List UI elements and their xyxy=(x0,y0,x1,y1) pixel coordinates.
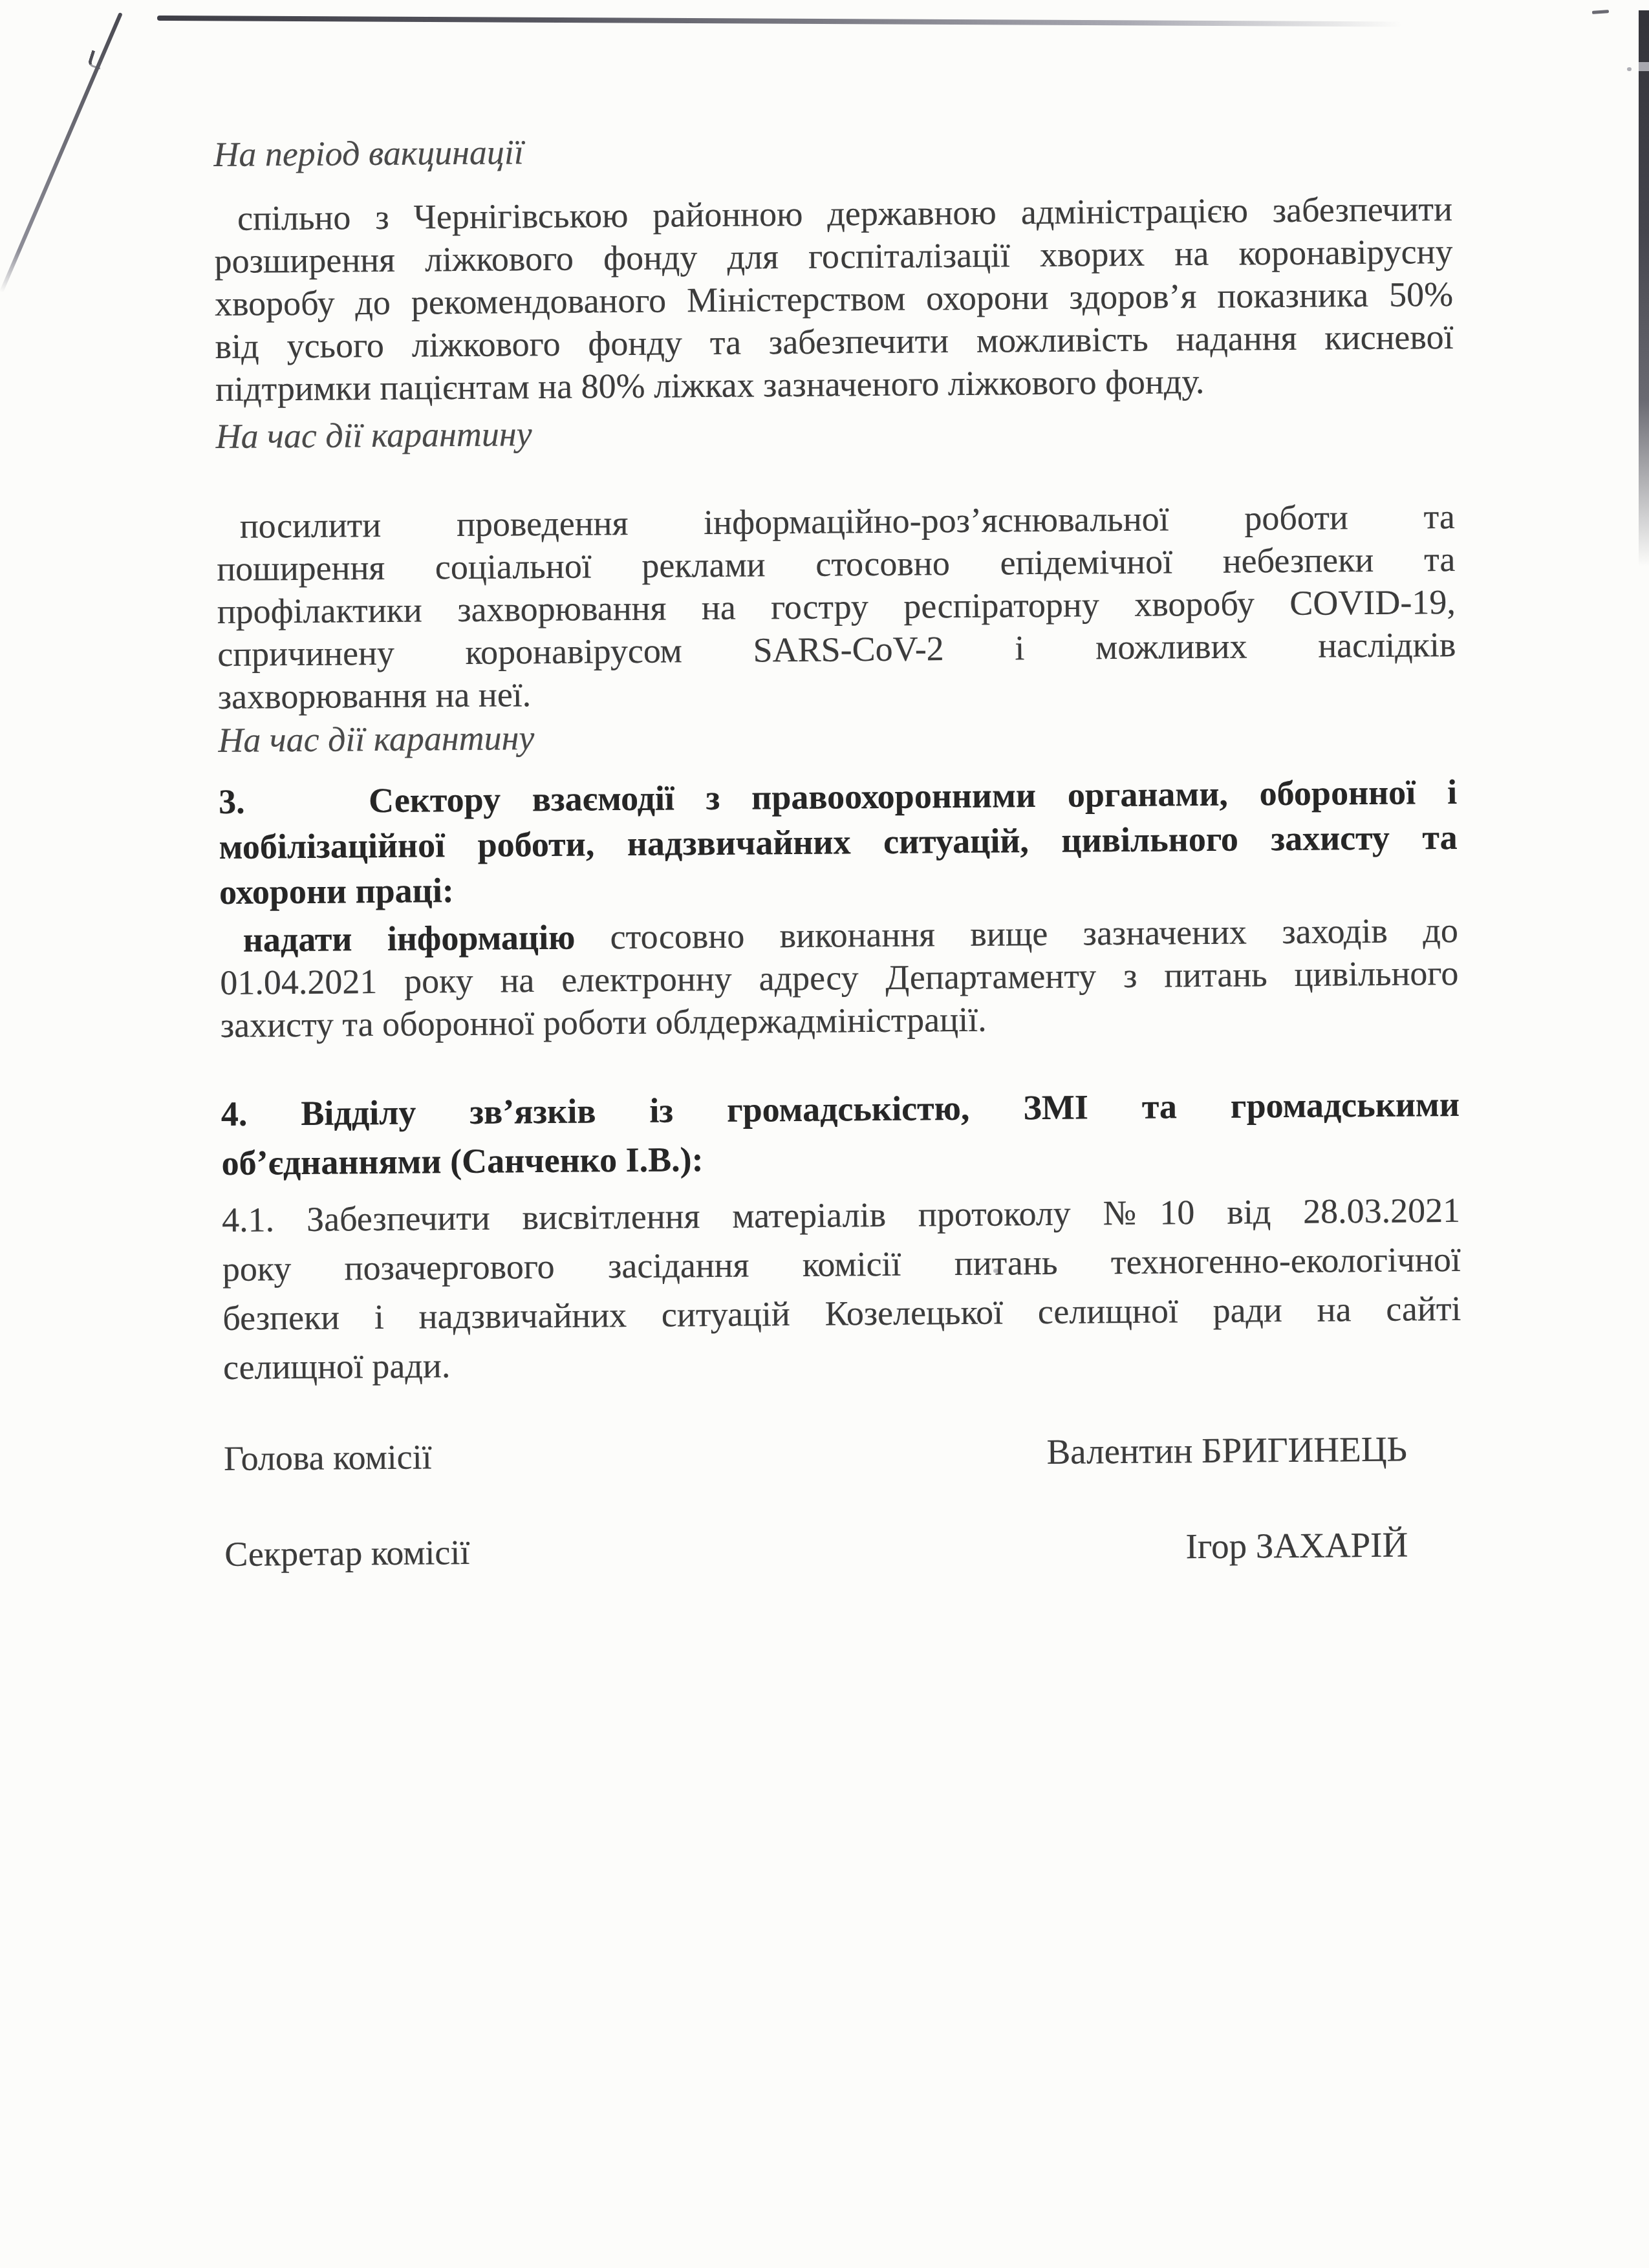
section-3-title: Сектору взаємодії з правоохоронними орга… xyxy=(369,773,1457,820)
scan-right-edge-gap-artifact xyxy=(1639,62,1649,71)
signature-name: Валентин БРИГИНЕЦЬ xyxy=(1046,1428,1407,1473)
paragraph-provide-info: надати інформацію стосовно виконання вищ… xyxy=(220,909,1459,1047)
paragraph-information-work: посилити проведення інформаційно-роз’ясн… xyxy=(217,495,1457,718)
document-content: На період вакцинації спільно з Чернігівс… xyxy=(213,123,1463,1576)
section-3-number: 3. xyxy=(219,778,369,824)
section-4-heading-line: об’єднаннями (Санченко І.В.): xyxy=(221,1129,1460,1188)
signature-row-head: Голова комісії Валентин БРИГИНЕЦЬ xyxy=(224,1428,1407,1480)
signature-row-secretary: Секретар комісії Ігор ЗАХАРІЙ xyxy=(224,1524,1408,1576)
scan-right-edge-artifact xyxy=(1639,10,1649,566)
scanned-document-page: На період вакцинації спільно з Чернігівс… xyxy=(0,0,1649,2268)
paragraph-line: захисту та оборонної роботи облдержадмін… xyxy=(221,994,1459,1047)
paragraph-line: селищної ради. xyxy=(223,1333,1462,1392)
heading-quarantine-period-2: На час дії карантину xyxy=(218,709,1456,762)
section-3-heading: 3.Сектору взаємодії з правоохоронними ор… xyxy=(219,769,1458,915)
section-3-heading-line: охорони праці: xyxy=(219,860,1458,915)
signature-role: Секретар комісії xyxy=(224,1531,470,1576)
signature-name: Ігор ЗАХАРІЙ xyxy=(1185,1524,1408,1568)
bold-lead-in: надати інформацію xyxy=(243,918,576,959)
heading-vaccination-period: На період вакцинації xyxy=(213,123,1452,177)
scan-diagonal-fold-artifact xyxy=(0,12,123,293)
section-4-heading-line: 4. Відділу зв’язків із громадськістю, ЗМ… xyxy=(221,1080,1460,1139)
section-4-heading: 4. Відділу зв’язків із громадськістю, ЗМ… xyxy=(221,1080,1460,1188)
signature-role: Голова комісії xyxy=(224,1435,432,1480)
paragraph-bed-fund: спільно з Чернігівською районною державн… xyxy=(214,187,1454,411)
paragraph-line: підтримки пацієнтам на 80% ліжках зазнач… xyxy=(215,358,1454,411)
scan-fold-notch-artifact xyxy=(87,50,105,69)
heading-quarantine-period-1: На час дії карантину xyxy=(215,405,1454,458)
paragraph-4-1: 4.1. Забезпечити висвітлення матеріалів … xyxy=(222,1186,1461,1392)
scan-speck xyxy=(1627,67,1632,71)
scan-dash-speck-artifact xyxy=(1592,10,1609,14)
paragraph-line: безпеки і надзвичайних ситуацій Козелець… xyxy=(222,1284,1461,1343)
scan-top-edge-artifact xyxy=(157,16,1402,27)
paragraph-line-rest: стосовно виконання вище зазначених заход… xyxy=(610,911,1458,956)
